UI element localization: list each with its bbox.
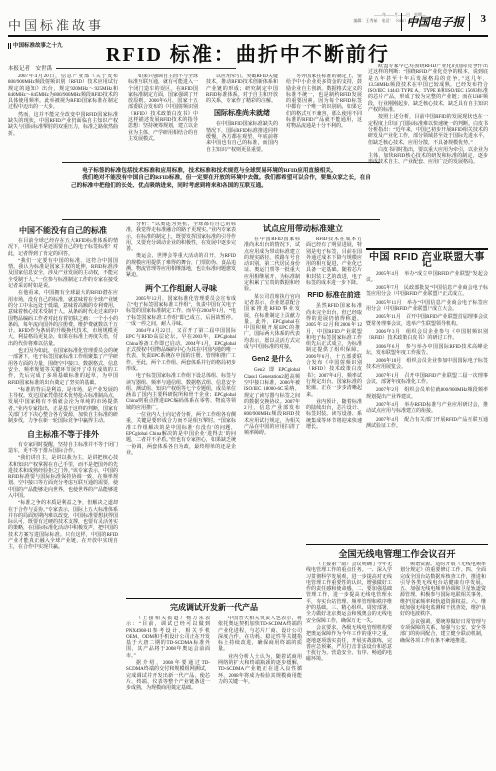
pull-quote-paragraph: 我们绝对不能没有中国自己的RFID标准，但一定要在开放的环境中去做。我们都希望可… bbox=[71, 175, 371, 190]
body-paragraph: 电子标签国家标准工作组下设总体组、标签与读写器组、频率与通信组、数据格式组、信息… bbox=[126, 374, 236, 412]
body-paragraph: 一位业内人士向记者分析，两个工作组各有侧重，关键是要形成合力而不是相互掣肘。“国… bbox=[126, 413, 236, 457]
lead-column: 2007年4月20日，信息产业部《关于发布800/900MHz频段射频识别（RF… bbox=[8, 74, 118, 160]
newspaper-page: 中国标准故事 ——年——月——日 星期— 编辑：王秀茹 电话：（010）6410… bbox=[0, 0, 496, 771]
body-paragraph: 另外国家在标准的制定上，要给予中小企业更多资金的支持，鼓励企业自主创新。数据格式… bbox=[286, 74, 362, 131]
body-paragraph: 业内分析人士认为，随着试商用网络的扩大和终端瓶颈的逐步缓解，TD-SCDMA产业… bbox=[218, 655, 302, 686]
body-paragraph: RFID技术在成本方面已经有了明显进展，特别是电子标签，目前在国外通过成本下降与… bbox=[306, 237, 362, 287]
body-paragraph: 频谱资源。适时开展《无线电频率划分规定》的重要修订工作。四、全面完成全国台站数据… bbox=[400, 562, 486, 619]
body-paragraph: 在他看来，中国拥有全球最大的RFID潜在应用市场，没有自己的标准，就意味着在全球… bbox=[8, 291, 118, 348]
section-heading-not-exclusion: 自主标准不等于排外 bbox=[8, 430, 118, 440]
lead-paragraph: 然而，这并不能完全改变中国RFID国家标准缺失的现状，中国RFID产业仍面临自主… bbox=[8, 113, 118, 138]
timeline-title: 中国 RFID 产业联盟大事记 bbox=[366, 255, 488, 268]
body-paragraph: 如果只强调自主而不与全球标准互联互通，就有可能进入一个闭门造车的误区。在RFID… bbox=[128, 74, 198, 143]
timeline-entry: 2005年11月 举办“中国信息产业商会电子标签应用分会（中国RFID产业联盟）… bbox=[366, 301, 488, 314]
section-heading-international-standards: 国际标准尚未就绪 bbox=[206, 109, 278, 119]
article-column-1: 中国不能没有自己的标准 在目前全球已经存在五大RFID标准体系的情况下，中国是不… bbox=[8, 222, 118, 768]
body-paragraph: 中国普天相关负责人也表示，将依托奥运契机加快TD-SCDMA终端的产业化进程，与… bbox=[218, 616, 302, 654]
timeline-entry: 2005年4月 举办“成立中国RFID产业联盟”发起会议。 bbox=[366, 272, 488, 285]
body-paragraph: 在目前全球已经存在五大RFID标准体系的情况下，中国是不是还需要自己的电子标签标… bbox=[8, 239, 118, 258]
top-column-3: 以应用牵引，突破RFID关键技术，推动RFID技术创新体系和产业链的形成；研究制… bbox=[206, 74, 278, 160]
timeline-entry: 2006年10月 组织会员企业参加中国国际电子标签技术应用展览会。 bbox=[366, 359, 488, 372]
pull-quote-box: 电子标签的标准包括技术标准和应用标准，技术标准和技术规范与全球贸易环境的RFID… bbox=[62, 162, 380, 220]
body-paragraph: 奥运会、世博会等重大活动的召开，为RFID的规模应用提供了难得的舞台，门票防伪、… bbox=[126, 254, 236, 279]
body-paragraph: 2004年4月22日，又召开了第二届中国国际EPC与RFID高层论坛。早在200… bbox=[126, 329, 236, 373]
article-column-2: 分析：“以奥运为契机，全球都有自己的标准，我觉得走标准融合的路子更现实。”业内专… bbox=[126, 222, 236, 596]
lead-paragraph: 2007年4月20日，信息产业部《关于发布800/900MHz频段射频识别（RF… bbox=[8, 74, 118, 112]
section-heading-gen2: Gen2 是什么 bbox=[244, 355, 300, 365]
body-paragraph: 业内预计，随着标准的陆续出台，芯片设计、标签封装、读写设备、系统集成等环节将迎来… bbox=[306, 400, 362, 431]
timeline-entry: 2007年2月 组织会员单位就800/900MHz频段频率规划提出产业界建议。 bbox=[366, 388, 488, 401]
bottom-middle-article: 完成调试开发新一代产品 （上接相关报道）杨万东表示：“目前，调试已经可以做到PN… bbox=[126, 598, 302, 769]
body-paragraph: 按照上述分析，目前中国RFID的发展现状也在一定程度上印证了国际标准难以快速统一… bbox=[368, 115, 488, 146]
sub-column-b: RFID技术在成本方面已经有了明显进展，特别是电子标签，目前在国外通过成本下降与… bbox=[306, 237, 362, 589]
section-heading-two-working-groups: 两个工作组耐人寻味 bbox=[126, 284, 236, 294]
timeline-entry: 2006年6月 参与举办中国国际RFID技术高峰论坛，发布联盟年度工作报告。 bbox=[366, 345, 488, 358]
body-paragraph: Gen2即EPCglobal Class1 Generation2超高频空中接口… bbox=[244, 368, 300, 437]
bottom-middle-col-b: 中国普天相关负责人也表示，将依托奥运契机加快TD-SCDMA终端的产业化进程，与… bbox=[218, 616, 302, 760]
section-heading-pilot-applications: 试点应用带动标准建立 bbox=[244, 224, 362, 234]
top-column-4: 另外国家在标准的制定上，要给予中小企业更多资金的支持，鼓励企业自主创新。数据格式… bbox=[286, 74, 362, 160]
body-paragraph: 分析：“以奥运为契机，全球都有自己的标准，我觉得走标准融合的路子更现实。”业内专… bbox=[126, 222, 236, 253]
body-paragraph: 也正因为如此，在国家标准化管理委员会的统一部署下，电子标签国家标准工作组聚集了产… bbox=[8, 349, 118, 387]
body-paragraph: 白皮书同时指出，要以重大应用为牵引，以企业为主体，加快RFID核心技术的研发和标… bbox=[368, 148, 488, 167]
right-top-column: 欧盟专家早已对围绕RFID产业化的国际竞争作出过这样的判断：“围绕RFID产业化… bbox=[368, 64, 488, 244]
byline-rule bbox=[56, 68, 236, 69]
body-paragraph: 有专家同时提醒，坚持自主标准并不等于闭门造车，更不等于排斥国际合作。 bbox=[8, 443, 118, 456]
bottom-middle-col-a: （上接相关报道）杨万东表示：“目前，调试已经可以做到PNX4908-II参考设计… bbox=[126, 616, 210, 760]
body-paragraph: 以应用牵引，突破RFID关键技术，推动RFID技术创新体系和产业链的形成；研究制… bbox=[206, 74, 278, 105]
bottom-right-article-title: 全国无线电管理工作会议召开 bbox=[306, 549, 488, 559]
bottom-right-article: 全国无线电管理工作会议召开 （上接第一版）会议明确了今年无线电管理工作的重点任务… bbox=[306, 544, 488, 769]
bottom-middle-article-title: 完成调试开发新一代产品 bbox=[126, 603, 302, 613]
page-number: 3 bbox=[481, 13, 487, 25]
timeline-entry: 2006年3月 组织会员企业参与《中国射频识别（RFID）技术政策白皮书》的研讨… bbox=[366, 330, 488, 343]
timeline-sidebar: 中国 RFID 产业联盟大事记 2005年4月 举办“成立中国RFID产业联盟”… bbox=[366, 248, 488, 546]
bottom-right-col-b: 频谱资源。适时开展《无线电频率划分规定》的重要修订工作。四、全面完成全国台站数据… bbox=[400, 562, 486, 758]
timeline-entry: 2005年7月 民政部批复“中国信息产业商会电子标签应用分会（中国RFID产业联… bbox=[366, 286, 488, 299]
body-paragraph: 在中国RFID国家标准缺失的情况下，国际RFID标准推进同样缓慢，各方都在观望，… bbox=[206, 122, 278, 153]
top-column-2: 如果只强调自主而不与全球标准互联互通，就有可能进入一个闭门造车的误区。在RFID… bbox=[128, 74, 198, 160]
sub-column-a: 在中国RFID国家标准尚未出台的情况下，试点应用成为带动标准建立的现实路径。铁路… bbox=[244, 237, 300, 589]
body-paragraph: 会议要求，各级无线电管理机构要把奥运保障作为今年工作的重中之重，逐地逐项落实责任… bbox=[306, 626, 392, 664]
body-paragraph: “标准的背后是利益，是市场，是产业发展的主导权。发达国家凭借技术优势抢占标准制高… bbox=[8, 388, 118, 426]
body-paragraph: 在中国RFID国家标准尚未出台的情况下，试点应用成为带动标准建立的现实路径。铁路… bbox=[244, 237, 300, 294]
body-paragraph: “我们一定要有中国的标准，这符合中国国情。我认为标准是国家主权的延伸，RFID标… bbox=[8, 259, 118, 290]
body-paragraph: “我们讲自主，是讲以我为主，是讲把核心技术和知识产权掌握在自己手里，而不是把国外… bbox=[8, 456, 118, 500]
byline-row: 本报记者 安世禹 bbox=[8, 64, 236, 72]
body-paragraph: 2005年12月，国家标准化管理委员会宣布成立“电子标签国家标准工作组”，负责中… bbox=[126, 297, 236, 328]
section-masthead-title: 中国标准故事 bbox=[8, 15, 104, 34]
bottom-right-col-a: （上接第一版）会议明确了今年无线电管理工作的重点任务。一、深入学习贯彻科学发展观… bbox=[306, 562, 392, 758]
section-heading-own-standards: 中国不能没有自己的标准 bbox=[8, 226, 118, 236]
body-paragraph: （上接相关报道）杨万东表示：“目前，调试已经可以做到PNX4908-II参考设计… bbox=[126, 616, 210, 660]
header-rule bbox=[8, 35, 488, 37]
main-headline: RFID 标准：曲折中不断前行 bbox=[0, 38, 496, 67]
timeline-entry: 2007年1月 召开中国RFID产业联盟二届一次理事会议，部署年度标准化工作。 bbox=[366, 374, 488, 387]
timeline-entry: 2007年4月 配合有关部门开展RFID产品互联互通测试验证工作。 bbox=[366, 418, 488, 431]
newspaper-masthead: 中国电子报 bbox=[401, 13, 471, 31]
body-paragraph: 虽然RFID国家标准尚未完全出台，但已经取得的进展仍值得称道。2005年12月和… bbox=[306, 304, 362, 398]
body-paragraph: 会议强调，要统筹做好日常管理与专项保障的关系，加强与公安、安全等部门的协同配合，… bbox=[400, 620, 486, 645]
timeline-entry: 2005年11月 召开中国RFID产业联盟首届理事会议暨常务理事会议，选举产生联… bbox=[366, 315, 488, 328]
section-heading-rfid-advancing: RFID 标准在前进 bbox=[306, 291, 362, 301]
body-paragraph: （上接第一版）会议明确了今年无线电管理工作的重点任务。一、深入学习贯彻科学发展观… bbox=[306, 562, 392, 625]
byline: 本报记者 安世禹 bbox=[8, 64, 52, 72]
article-column-3: 试点应用带动标准建立 在中国RFID国家标准尚未出台的情况下，试点应用成为带动标… bbox=[244, 222, 362, 596]
body-paragraph: 某公司首席执行官向记者表示，企业愿意配合国家推进RFID事业发展，在标准制定上贡… bbox=[244, 295, 300, 352]
timeline-entry: 2007年4月 举办RFID标准与产业应用研讨会，推动试点应用与标准建立的衔接。 bbox=[366, 403, 488, 416]
body-paragraph: 欧盟专家早已对围绕RFID产业化的国际竞争作出过这样的判断：“围绕RFID产业化… bbox=[368, 64, 488, 114]
body-paragraph: “标准之争的本质是利益之争，但解决之道却在于合作与妥协。”专家表示，国际上五大标… bbox=[8, 501, 118, 551]
body-paragraph: 据介绍，2008年要通过TD-SCDMA终端的交付和规模组网测试，完成调试并开发… bbox=[126, 661, 210, 692]
